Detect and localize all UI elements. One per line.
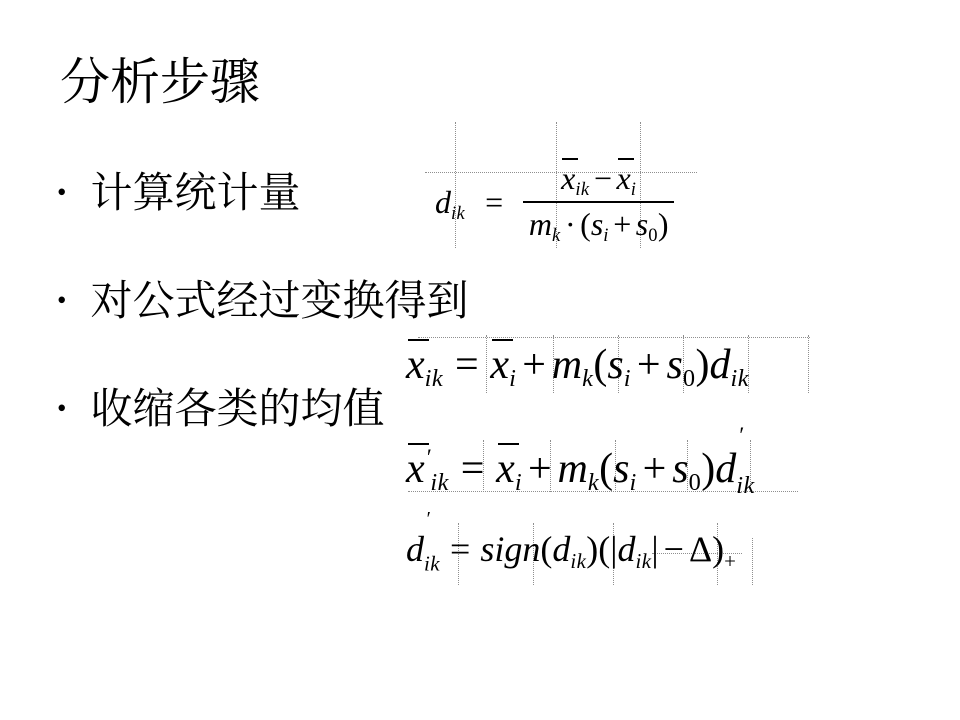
grid-guide-line <box>418 337 810 338</box>
math-function-sign: sign <box>480 529 540 569</box>
math-var-m: m <box>558 446 588 492</box>
math-subscript: k <box>582 365 593 392</box>
math-subscript: 0 <box>648 225 658 246</box>
math-var-s: s <box>636 206 648 242</box>
math-var-x: x <box>490 342 509 388</box>
bullet-marker-icon: • <box>57 179 66 206</box>
math-var-d: d <box>618 529 636 569</box>
math-var-s: s <box>591 206 603 242</box>
math-subscript: i <box>631 180 637 201</box>
abs-bar: | <box>610 529 617 569</box>
open-paren: ( <box>593 342 607 388</box>
math-subscript: ik <box>430 469 449 496</box>
dot-operator: · <box>565 206 576 242</box>
math-subscript: 0 <box>683 365 696 392</box>
overline-bar <box>562 158 578 160</box>
fraction: xik−xi mk·(si+s0) <box>523 158 674 245</box>
prime-mark: ′ <box>738 424 743 447</box>
x-bar: x <box>561 158 575 200</box>
overline-bar <box>498 443 519 445</box>
plus-sign: + <box>643 446 667 492</box>
math-subscript: 0 <box>689 469 702 496</box>
equals-sign: = <box>455 342 479 388</box>
formula-transformed: xik=xi+mk(si+s0)dik <box>406 344 749 386</box>
plus-sign: + <box>613 206 631 242</box>
math-var-m: m <box>552 342 582 388</box>
prime-subscript-stack: ′ik <box>736 448 755 490</box>
math-var-x: x <box>496 446 515 492</box>
math-var-s: s <box>672 446 688 492</box>
grid-guide-line <box>808 335 809 393</box>
grid-guide-line <box>752 538 753 585</box>
math-var-x: x <box>616 160 630 196</box>
math-var-d: d <box>715 446 736 492</box>
minus-sign: − <box>664 529 684 569</box>
x-bar: x <box>490 344 509 386</box>
x-bar: x <box>496 448 515 490</box>
math-subscript: ik <box>451 203 465 224</box>
math-var-d: d <box>710 342 731 388</box>
overline-bar <box>408 443 429 445</box>
math-subscript: ik <box>575 180 589 201</box>
close-paren: ) <box>701 446 715 492</box>
plus-subscript: + <box>724 549 736 573</box>
math-subscript: i <box>509 365 516 392</box>
bullet-text-1: 计算统计量 <box>90 173 300 215</box>
equals-sign: = <box>461 446 485 492</box>
math-subscript: ik <box>736 474 755 498</box>
bullet-text-2: 对公式经过变换得到 <box>90 281 468 323</box>
bullet-item-3: • 收缩各类的均值 <box>57 389 384 431</box>
formula-lhs: dik <box>435 186 465 218</box>
math-var-m: m <box>529 206 552 242</box>
math-subscript: i <box>603 225 609 246</box>
bullet-marker-icon: • <box>57 395 66 422</box>
close-paren: ) <box>658 206 669 242</box>
bullet-marker-icon: • <box>57 287 66 314</box>
x-bar: x <box>406 344 425 386</box>
open-paren: ( <box>540 529 552 569</box>
open-paren: ( <box>599 446 613 492</box>
bullet-item-2: • 对公式经过变换得到 <box>57 281 468 323</box>
abs-bar: | <box>651 529 658 569</box>
math-var-s: s <box>666 342 682 388</box>
plus-sign: + <box>522 342 546 388</box>
math-subscript: k <box>588 469 599 496</box>
formula-d-statistic: dik = xik−xi mk·(si+s0) <box>435 152 674 252</box>
prime-subscript-stack: ′ik <box>424 531 440 567</box>
bullet-item-1: • 计算统计量 <box>57 173 300 215</box>
math-subscript: ik <box>570 549 586 573</box>
fraction-numerator: xik−xi <box>555 158 642 200</box>
math-subscript: k <box>552 225 561 246</box>
math-var-x: x <box>561 160 575 196</box>
page-title: 分析步骤 <box>60 54 260 112</box>
close-paren: ) <box>586 529 598 569</box>
math-var-d: d <box>552 529 570 569</box>
close-paren: ) <box>696 342 710 388</box>
fraction-denominator: mk·(si+s0) <box>523 204 674 246</box>
math-subscript: ik <box>424 553 440 574</box>
math-subscript: i <box>624 365 631 392</box>
overline-bar <box>408 339 429 341</box>
minus-sign: − <box>594 160 612 196</box>
math-subscript: i <box>630 469 637 496</box>
slide-canvas: 分析步骤 • 计算统计量 • 对公式经过变换得到 • 收缩各类的均值 dik =… <box>0 0 960 720</box>
prime-mark: ′ <box>425 444 430 470</box>
math-var-x: x <box>406 446 425 492</box>
math-var-s: s <box>613 446 629 492</box>
plus-sign: + <box>528 446 552 492</box>
overline-bar <box>492 339 513 341</box>
math-subscript: ik <box>731 365 750 392</box>
math-var-x: x <box>406 342 425 388</box>
fraction-line <box>523 201 674 203</box>
prime-mark: ′ <box>425 510 429 530</box>
equals-sign: = <box>485 186 503 218</box>
formula-shrunken-mean: x′ik=xi+mk(si+s0)d′ik <box>406 448 755 490</box>
math-subscript: ik <box>425 365 444 392</box>
math-subscript: i <box>515 469 522 496</box>
math-var-s: s <box>607 342 623 388</box>
x-bar: x <box>616 158 630 200</box>
plus-sign: + <box>637 342 661 388</box>
open-paren: ( <box>580 206 591 242</box>
open-paren: ( <box>598 529 610 569</box>
formula-soft-threshold: d′ik=sign(dik)(|dik|−Δ)+ <box>406 531 736 567</box>
x-bar: x <box>406 448 425 490</box>
bullet-text-3: 收缩各类的均值 <box>90 389 384 431</box>
math-var-d: d <box>435 184 451 220</box>
math-subscript: ik <box>636 549 652 573</box>
delta-symbol: Δ <box>689 529 712 569</box>
equals-sign: = <box>450 529 470 569</box>
math-var-d: d <box>406 529 424 569</box>
close-paren: ) <box>712 529 724 569</box>
overline-bar <box>618 158 634 160</box>
